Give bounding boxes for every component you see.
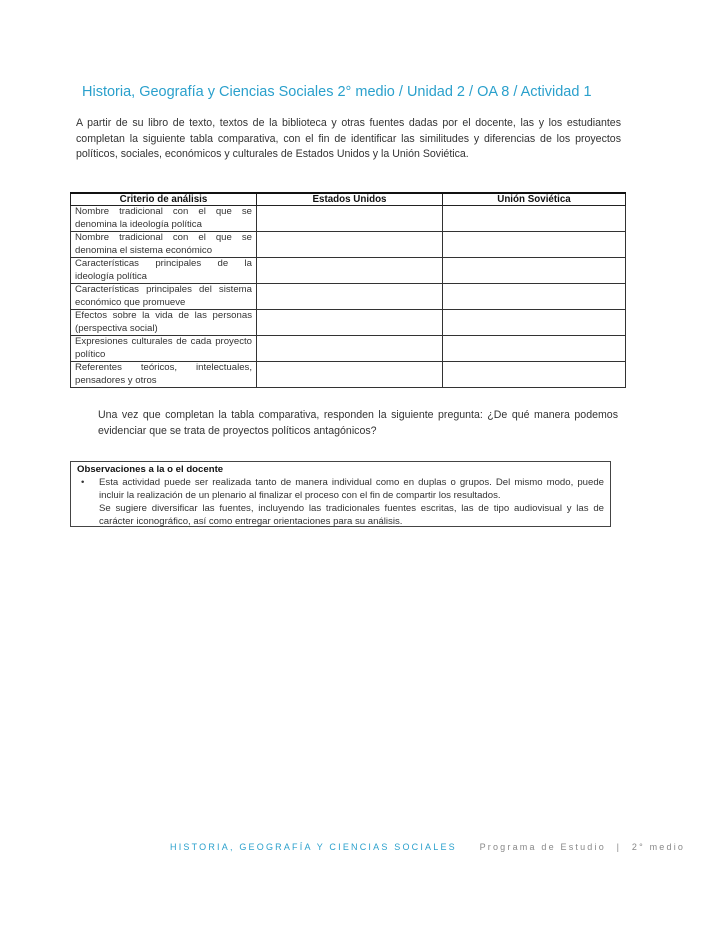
estados-unidos-cell[interactable] — [257, 206, 443, 232]
intro-paragraph: A partir de su libro de texto, textos de… — [76, 116, 621, 163]
table-row: Características principales de la ideolo… — [71, 258, 626, 284]
table-header-row: Criterio de análisis Estados Unidos Unió… — [71, 193, 626, 206]
observation-item: • Esta actividad puede ser realizada tan… — [77, 476, 604, 528]
header-estados-unidos: Estados Unidos — [257, 193, 443, 206]
observation-text: Esta actividad puede ser realizada tanto… — [99, 476, 604, 502]
criterio-cell: Características principales de la ideolo… — [71, 258, 257, 284]
union-sovietica-cell[interactable] — [443, 232, 626, 258]
table-row: Expresiones culturales de cada proyecto … — [71, 336, 626, 362]
estados-unidos-cell[interactable] — [257, 284, 443, 310]
union-sovietica-cell[interactable] — [443, 336, 626, 362]
union-sovietica-cell[interactable] — [443, 362, 626, 388]
criterio-cell: Referentes teóricos, intelectuales, pens… — [71, 362, 257, 388]
table-row: Nombre tradicional con el que se denomin… — [71, 232, 626, 258]
union-sovietica-cell[interactable] — [443, 258, 626, 284]
union-sovietica-cell[interactable] — [443, 310, 626, 336]
footer-grade: 2° medio — [632, 842, 685, 852]
criterio-cell: Efectos sobre la vida de las personas (p… — [71, 310, 257, 336]
footer-separator: | — [617, 842, 622, 852]
criterio-cell: Nombre tradicional con el que se denomin… — [71, 232, 257, 258]
observations-title: Observaciones a la o el docente — [77, 463, 604, 476]
header-criterio: Criterio de análisis — [71, 193, 257, 206]
comparison-table: Criterio de análisis Estados Unidos Unió… — [70, 192, 626, 388]
table-row: Nombre tradicional con el que se denomin… — [71, 206, 626, 232]
criterio-cell: Características principales del sistema … — [71, 284, 257, 310]
estados-unidos-cell[interactable] — [257, 258, 443, 284]
union-sovietica-cell[interactable] — [443, 206, 626, 232]
footer-subject: HISTORIA, GEOGRAFÍA Y CIENCIAS SOCIALES — [170, 842, 457, 852]
table-row: Efectos sobre la vida de las personas (p… — [71, 310, 626, 336]
question-paragraph: Una vez que completan la tabla comparati… — [98, 408, 618, 439]
estados-unidos-cell[interactable] — [257, 232, 443, 258]
estados-unidos-cell[interactable] — [257, 310, 443, 336]
table-row: Características principales del sistema … — [71, 284, 626, 310]
criterio-cell: Expresiones culturales de cada proyecto … — [71, 336, 257, 362]
union-sovietica-cell[interactable] — [443, 284, 626, 310]
estados-unidos-cell[interactable] — [257, 336, 443, 362]
table-row: Referentes teóricos, intelectuales, pens… — [71, 362, 626, 388]
bullet-icon: • — [81, 476, 84, 489]
teacher-observations-box: Observaciones a la o el docente • Esta a… — [70, 461, 611, 527]
estados-unidos-cell[interactable] — [257, 362, 443, 388]
header-union-sovietica: Unión Soviética — [443, 193, 626, 206]
page-title: Historia, Geografía y Ciencias Sociales … — [82, 84, 642, 100]
criterio-cell: Nombre tradicional con el que se denomin… — [71, 206, 257, 232]
page-footer: HISTORIA, GEOGRAFÍA Y CIENCIAS SOCIALES … — [170, 842, 685, 852]
footer-program: Programa de Estudio — [480, 842, 606, 852]
observation-text: Se sugiere diversificar las fuentes, inc… — [99, 502, 604, 528]
